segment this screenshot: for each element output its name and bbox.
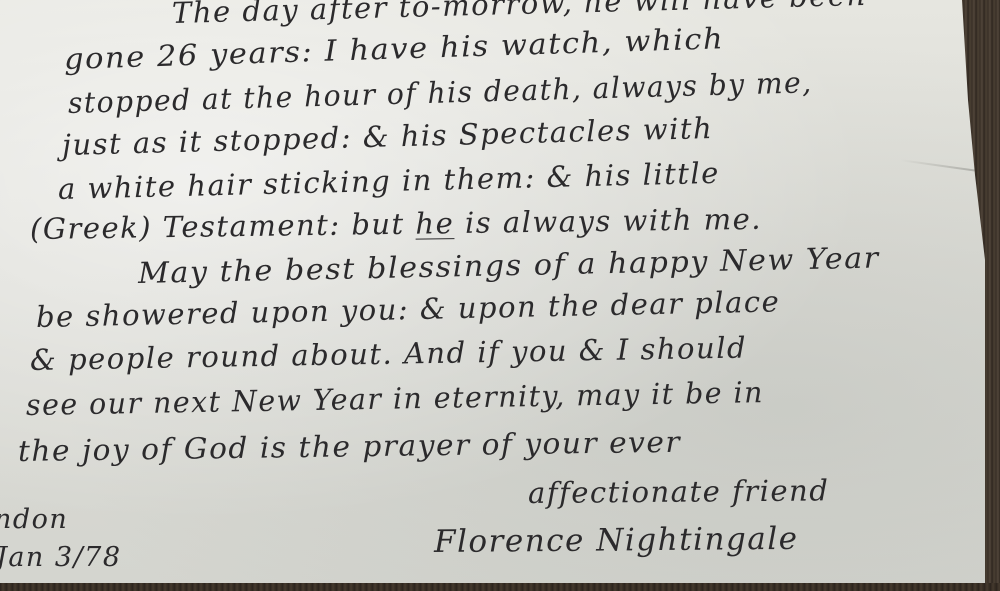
letter-paper: The day after to-morrow, he will have be…: [0, 0, 985, 583]
letter-line-9: & people round about. And if you & I sho…: [30, 330, 748, 377]
letter-line-6: (Greek) Testament: but he is always with…: [30, 202, 762, 246]
letter-line-4: just as it stopped: & his Spectacles wit…: [62, 111, 714, 162]
letter-line-11: the joy of God is the prayer of your eve…: [18, 425, 682, 468]
letter-line-8: be showered upon you: & upon the dear pl…: [36, 284, 781, 334]
letter-closing: affectionate friend: [528, 473, 830, 510]
letter-signature: Florence Nightingale: [434, 521, 799, 560]
letter-line-7: May the best blessings of a happy New Ye…: [138, 240, 880, 290]
letter-place: ndon: [0, 504, 68, 535]
letter-line-2: gone 26 years: I have his watch, which: [63, 21, 724, 76]
letter-line-6-start: (Greek) Testament: but: [30, 207, 405, 246]
paper-fold-crease: [900, 159, 984, 173]
underlined-word-he: he: [415, 206, 454, 241]
letter-line-5: a white hair sticking in them: & his lit…: [58, 156, 721, 206]
letter-date: Jan 3/78: [0, 542, 122, 573]
letter-line-1: The day after to-morrow, he will have be…: [172, 0, 868, 30]
wooden-surface-bottom-edge: [0, 583, 1000, 591]
letter-line-10: see our next New Year in eternity, may i…: [26, 375, 764, 422]
letter-line-6-end: is always with me.: [465, 202, 763, 240]
